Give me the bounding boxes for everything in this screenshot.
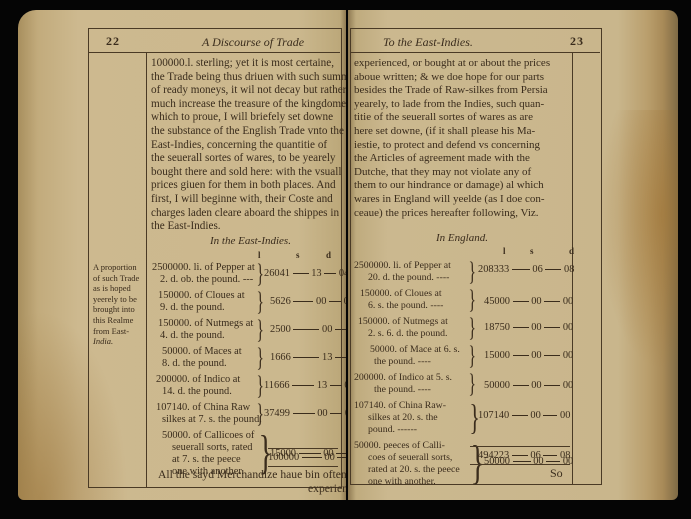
table-row: 2500000. li. of Pepper at2. d. ob. the p… — [152, 262, 342, 286]
body-text: 100000.l. sterling; yet it is most certa… — [151, 57, 346, 234]
brace-icon: } — [256, 318, 263, 342]
brace-icon: } — [256, 402, 263, 426]
sum-rule — [268, 466, 338, 467]
page-number: 23 — [570, 34, 584, 49]
total-row: 494223 06 08 — [478, 450, 570, 461]
page-number: 22 — [106, 34, 120, 49]
sum-rule — [470, 464, 570, 465]
section-heading: In England. — [436, 232, 488, 244]
brace-icon: } — [468, 372, 475, 396]
water-stain — [598, 110, 678, 370]
brace-icon: } — [256, 346, 263, 370]
brace-icon: } — [468, 344, 475, 368]
table-row: 50000. of Maces at8. d. the pound. } 166… — [152, 346, 342, 370]
total-row: 100000 00 00 — [268, 452, 346, 463]
table-row: 150000. of Cloues at6. s. the pound. ---… — [354, 288, 599, 312]
open-book: 22 A Discourse of Trade 100000.l. sterli… — [18, 10, 678, 510]
table-row: 2500000. li. of Pepper at20. d. the poun… — [354, 260, 599, 284]
sum-rule — [268, 448, 338, 449]
sum-rule — [470, 446, 570, 447]
closing-text: All the sayd Merchandize haue bin often … — [158, 468, 346, 495]
table-row: 150000. of Nutmegs at4. d. the pound. } … — [152, 318, 342, 342]
table-row: 107140. of China Rawsilkes at 7. s. the … — [152, 402, 342, 426]
table-row: 150000. of Cloues at9. d. the pound. } 5… — [152, 290, 342, 314]
brace-icon: } — [468, 260, 475, 284]
margin-note: A proportion of such Trade as is hoped y… — [93, 262, 139, 347]
catchword: So — [550, 466, 563, 481]
brace-icon: } — [256, 290, 263, 314]
table-row: 200000. of Indico at 5. s.the pound. ---… — [354, 372, 599, 396]
brace-icon: } — [256, 262, 263, 286]
section-heading: In the East-Indies. — [210, 235, 291, 247]
table-row: 50000. of Mace at 6. s.the pound. ---- }… — [354, 344, 599, 368]
brace-icon: } — [468, 288, 475, 312]
header-rule — [88, 52, 340, 53]
table-row: 200000. of Indico at14. d. the pound. } … — [152, 374, 342, 398]
right-page: To the East-Indies. 23 experienced, or b… — [348, 10, 678, 500]
margin-rule — [146, 52, 147, 487]
body-text: experienced, or bought at or about the p… — [354, 57, 550, 220]
running-head: To the East-Indies. — [383, 35, 473, 50]
cost-table: 2500000. li. of Pepper at2. d. ob. the p… — [152, 262, 342, 482]
table-row: 150000. of Nutmegs at2. s. 6. d. the pou… — [354, 316, 599, 340]
running-head: A Discourse of Trade — [202, 35, 304, 50]
left-page: 22 A Discourse of Trade 100000.l. sterli… — [18, 10, 346, 500]
table-row: 107140. of China Raw-silkes at 20. s. th… — [354, 400, 599, 436]
brace-icon: } — [468, 316, 475, 340]
header-rule — [350, 52, 600, 53]
brace-icon: } — [256, 374, 263, 398]
